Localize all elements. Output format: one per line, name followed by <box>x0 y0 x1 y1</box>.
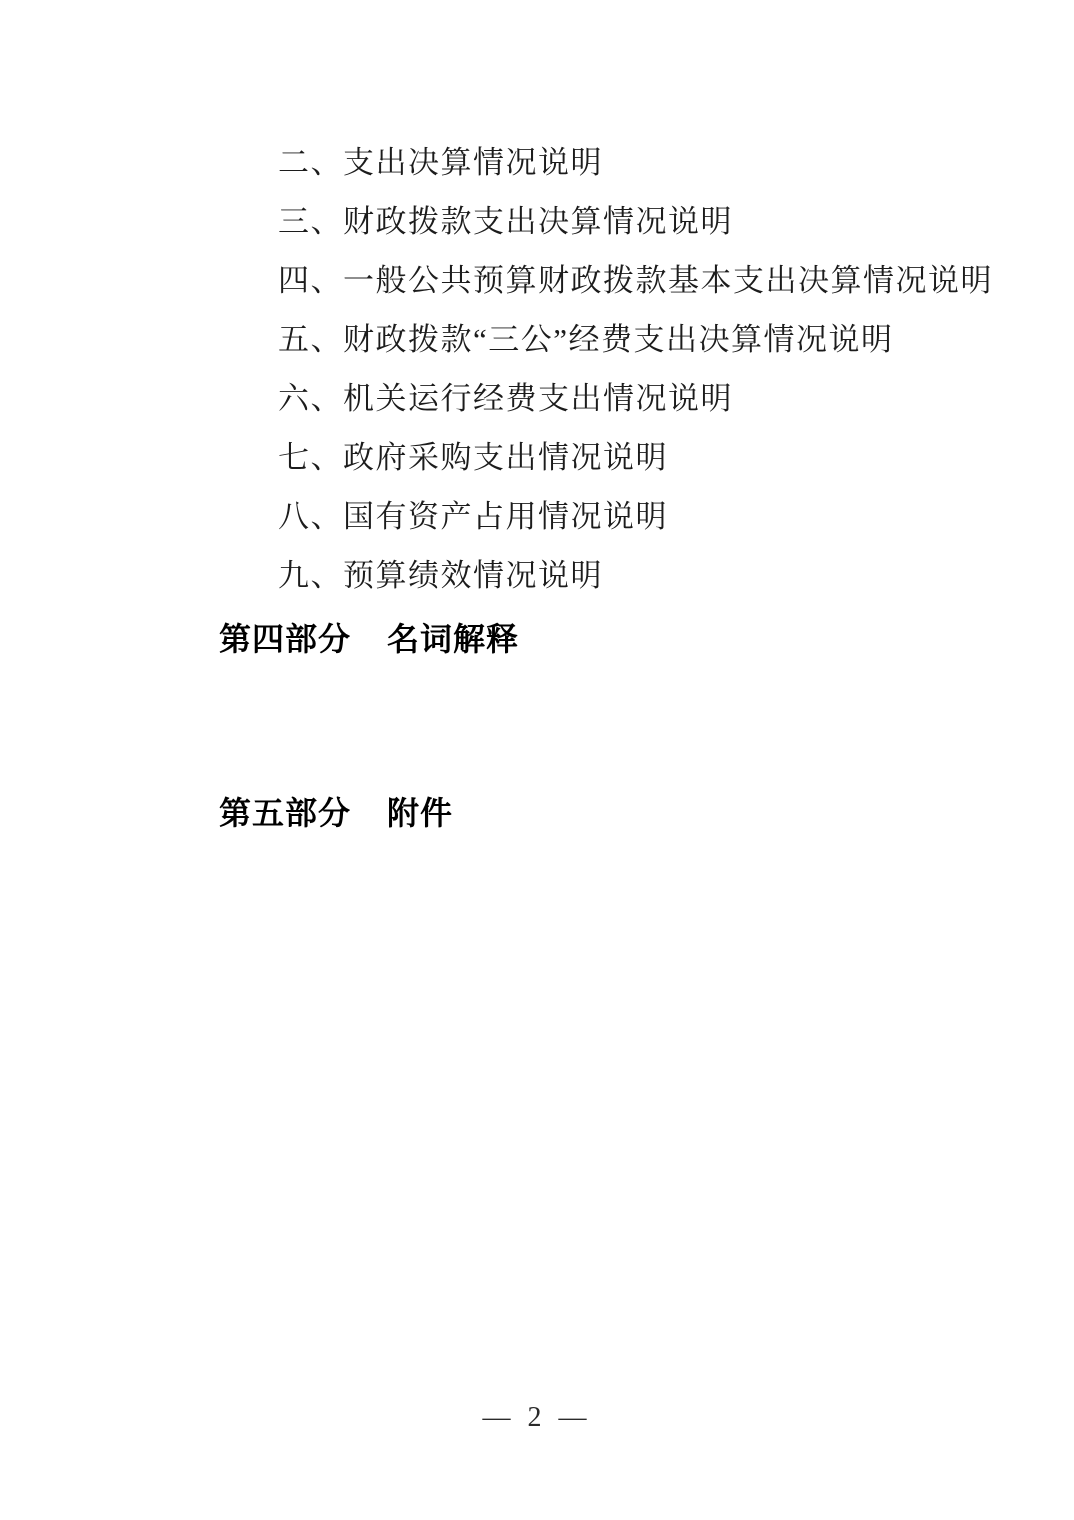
toc-item-3: 三、财政拨款支出决算情况说明 <box>278 192 993 251</box>
toc-item-5: 五、财政拨款“三公”经费支出决算情况说明 <box>278 310 993 369</box>
section-part4-title: 名词解释 <box>387 621 519 657</box>
document-page: 二、支出决算情况说明 三、财政拨款支出决算情况说明 四、一般公共预算财政拨款基本… <box>0 0 1074 1520</box>
toc-list: 二、支出决算情况说明 三、财政拨款支出决算情况说明 四、一般公共预算财政拨款基本… <box>278 133 993 605</box>
toc-item-4: 四、一般公共预算财政拨款基本支出决算情况说明 <box>278 251 993 310</box>
section-part5-label: 第五部分 <box>219 795 351 831</box>
section-part4-label: 第四部分 <box>219 621 351 657</box>
section-heading-part4: 第四部分名词解释 <box>219 610 519 669</box>
toc-item-8: 八、国有资产占用情况说明 <box>278 487 993 546</box>
toc-item-2: 二、支出决算情况说明 <box>278 133 993 192</box>
toc-item-6: 六、机关运行经费支出情况说明 <box>278 369 993 428</box>
toc-item-9: 九、预算绩效情况说明 <box>278 546 993 605</box>
page-number: — 2 — <box>0 1400 1074 1436</box>
section-part5-title: 附件 <box>387 795 453 831</box>
section-heading-part5: 第五部分附件 <box>219 784 453 843</box>
toc-item-7: 七、政府采购支出情况说明 <box>278 428 993 487</box>
